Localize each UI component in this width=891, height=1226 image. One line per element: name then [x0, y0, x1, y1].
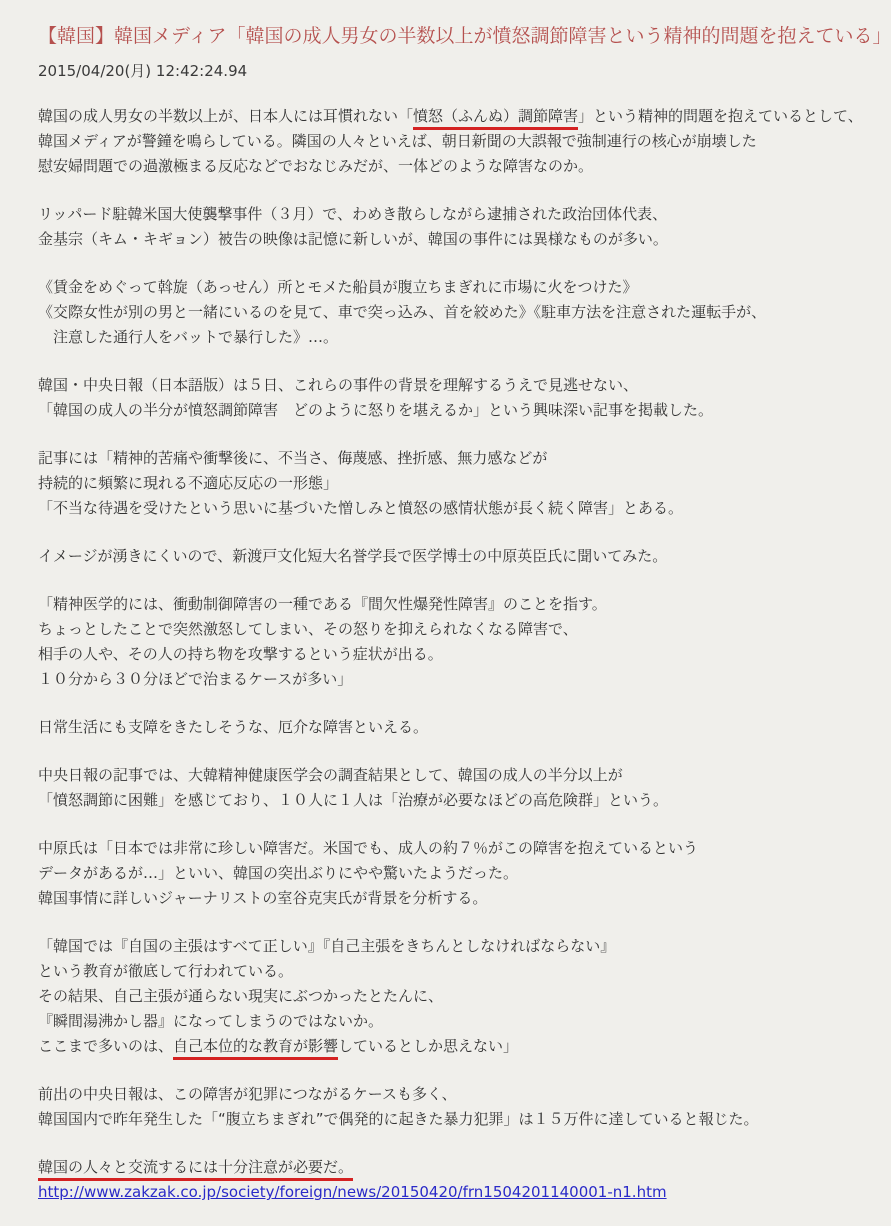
- paragraph: 日常生活にも支障をきたしそうな、厄介な障害といえる。: [38, 715, 873, 740]
- text-segment: 韓国国内で昨年発生した「“腹立ちまぎれ”で偶発的に起きた暴力犯罪」は１５万件に達…: [38, 1110, 759, 1128]
- text-segment: １０分から３０分ほどで治まるケースが多い」: [38, 670, 352, 688]
- text-line: 記事には「精神的苦痛や衝撃後に、不当さ、侮蔑感、挫折感、無力感などが: [38, 446, 873, 471]
- text-line: リッパード駐韓米国大使襲撃事件（３月）で、わめき散らしながら逮捕された政治団体代…: [38, 202, 873, 227]
- paragraph: イメージが湧きにくいので、新渡戸文化短大名誉学長で医学博士の中原英臣氏に聞いてみ…: [38, 544, 873, 569]
- text-line: 『瞬間湯沸かし器』になってしまうのではないか。: [38, 1009, 873, 1034]
- text-line: 中原氏は「日本では非常に珍しい障害だ。米国でも、成人の約７％がこの障害を抱えてい…: [38, 836, 873, 861]
- text-segment: 注意した通行人をバットで暴行した》…。: [38, 328, 338, 346]
- text-line: 注意した通行人をバットで暴行した》…。: [38, 325, 873, 350]
- text-segment: しているとしか思えない」: [338, 1037, 518, 1055]
- text-line: http://www.zakzak.co.jp/society/foreign/…: [38, 1180, 873, 1205]
- post-timestamp: 2015/04/20(月) 12:42:24.94: [38, 61, 873, 81]
- text-line: 韓国メディアが警鐘を鳴らしている。隣国の人々といえば、朝日新聞の大誤報で強制連行…: [38, 129, 873, 154]
- paragraph: 韓国の成人男女の半数以上が、日本人には耳慣れない「憤怒（ふんぬ）調節障害」という…: [38, 104, 873, 179]
- text-line: 韓国・中央日報（日本語版）は５日、これらの事件の背景を理解するうえで見逃せない、: [38, 373, 873, 398]
- text-segment: 《交際女性が別の男と一緒にいるのを見て、車で突っ込み、首を絞めた》《駐車方法を注…: [38, 303, 766, 321]
- text-line: ここまで多いのは、自己本位的な教育が影響しているとしか思えない」: [38, 1034, 873, 1059]
- text-segment: 『瞬間湯沸かし器』になってしまうのではないか。: [38, 1012, 383, 1030]
- red-underlined-text: 韓国の人々と交流するには十分注意が必要だ。: [38, 1158, 353, 1181]
- text-line: 中央日報の記事では、大韓精神健康医学会の調査結果として、韓国の成人の半分以上が: [38, 763, 873, 788]
- text-segment: 慰安婦問題での過激極まる反応などでおなじみだが、一体どのような障害なのか。: [38, 157, 593, 175]
- text-line: 持続的に頻繁に現れる不適応反応の一形態」: [38, 471, 873, 496]
- text-line: 韓国の成人男女の半数以上が、日本人には耳慣れない「憤怒（ふんぬ）調節障害」という…: [38, 104, 873, 129]
- paragraph: 韓国の人々と交流するには十分注意が必要だ。http://www.zakzak.c…: [38, 1155, 873, 1205]
- paragraph: 前出の中央日報は、この障害が犯罪につながるケースも多く、韓国国内で昨年発生した「…: [38, 1082, 873, 1132]
- text-segment: 中央日報の記事では、大韓精神健康医学会の調査結果として、韓国の成人の半分以上が: [38, 766, 623, 784]
- text-segment: 韓国事情に詳しいジャーナリストの室谷克実氏が背景を分析する。: [38, 889, 487, 907]
- text-segment: 持続的に頻繁に現れる不適応反応の一形態」: [38, 474, 338, 492]
- text-line: 「精神医学的には、衝動制御障害の一種である『間欠性爆発性障害』のことを指す。: [38, 592, 873, 617]
- text-line: 「憤怒調節に困難」を感じており、１０人に１人は「治療が必要なほどの高危険群」とい…: [38, 788, 873, 813]
- paragraph: 記事には「精神的苦痛や衝撃後に、不当さ、侮蔑感、挫折感、無力感などが持続的に頻繁…: [38, 446, 873, 521]
- article-source-link[interactable]: http://www.zakzak.co.jp/society/foreign/…: [38, 1183, 667, 1201]
- text-line: ちょっとしたことで突然激怒してしまい、その怒りを抑えられなくなる障害で、: [38, 617, 873, 642]
- text-line: 相手の人や、その人の持ち物を攻撃するという症状が出る。: [38, 642, 873, 667]
- text-line: 「韓国では『自国の主張はすべて正しい』『自己主張をきちんとしなければならない』: [38, 934, 873, 959]
- text-line: 「韓国の成人の半分が憤怒調節障害 どのように怒りを堪えるか」という興味深い記事を…: [38, 398, 873, 423]
- text-line: 金基宗（キム・キギョン）被告の映像は記憶に新しいが、韓国の事件には異様なものが多…: [38, 227, 873, 252]
- text-segment: ちょっとしたことで突然激怒してしまい、その怒りを抑えられなくなる障害で、: [38, 620, 578, 638]
- text-segment: リッパード駐韓米国大使襲撃事件（３月）で、わめき散らしながら逮捕された政治団体代…: [38, 205, 667, 223]
- paragraph: 「韓国では『自国の主張はすべて正しい』『自己主張をきちんとしなければならない』と…: [38, 934, 873, 1059]
- paragraph: リッパード駐韓米国大使襲撃事件（３月）で、わめき散らしながら逮捕された政治団体代…: [38, 202, 873, 252]
- text-line: 「不当な待遇を受けたという思いに基づいた憎しみと憤怒の感情状態が長く続く障害」と…: [38, 496, 873, 521]
- text-segment: ここまで多いのは、: [38, 1037, 173, 1055]
- text-segment: 中原氏は「日本では非常に珍しい障害だ。米国でも、成人の約７％がこの障害を抱えてい…: [38, 839, 698, 857]
- text-segment: 「韓国の成人の半分が憤怒調節障害 どのように怒りを堪えるか」という興味深い記事を…: [38, 401, 713, 419]
- text-segment: 韓国の成人男女の半数以上が、日本人には耳慣れない「: [38, 107, 413, 125]
- text-line: 前出の中央日報は、この障害が犯罪につながるケースも多く、: [38, 1082, 873, 1107]
- paragraph: 《賃金をめぐって斡旋（あっせん）所とモメた船員が腹立ちまぎれに市場に火をつけた》…: [38, 275, 873, 350]
- text-segment: 金基宗（キム・キギョン）被告の映像は記憶に新しいが、韓国の事件には異様なものが多…: [38, 230, 668, 248]
- text-line: １０分から３０分ほどで治まるケースが多い」: [38, 667, 873, 692]
- text-line: 日常生活にも支障をきたしそうな、厄介な障害といえる。: [38, 715, 873, 740]
- text-segment: 」という精神的問題を抱えているとして、: [578, 107, 863, 125]
- text-segment: 韓国メディアが警鐘を鳴らしている。隣国の人々といえば、朝日新聞の大誤報で強制連行…: [38, 132, 757, 150]
- text-segment: 韓国・中央日報（日本語版）は５日、これらの事件の背景を理解するうえで見逃せない、: [38, 376, 638, 394]
- text-segment: という教育が徹底して行われている。: [38, 962, 293, 980]
- red-underlined-text: 自己本位的な教育が影響: [173, 1037, 338, 1060]
- text-segment: その結果、自己主張が通らない現実にぶつかったとたんに、: [38, 987, 443, 1005]
- article-body: 韓国の成人男女の半数以上が、日本人には耳慣れない「憤怒（ふんぬ）調節障害」という…: [38, 104, 873, 1205]
- paragraph: 韓国・中央日報（日本語版）は５日、これらの事件の背景を理解するうえで見逃せない、…: [38, 373, 873, 423]
- text-line: 慰安婦問題での過激極まる反応などでおなじみだが、一体どのような障害なのか。: [38, 154, 873, 179]
- text-segment: 相手の人や、その人の持ち物を攻撃するという症状が出る。: [38, 645, 443, 663]
- text-segment: 記事には「精神的苦痛や衝撃後に、不当さ、侮蔑感、挫折感、無力感などが: [38, 449, 547, 467]
- text-line: 韓国の人々と交流するには十分注意が必要だ。: [38, 1155, 873, 1180]
- text-segment: 日常生活にも支障をきたしそうな、厄介な障害といえる。: [38, 718, 428, 736]
- text-segment: 《賃金をめぐって斡旋（あっせん）所とモメた船員が腹立ちまぎれに市場に火をつけた》: [38, 278, 638, 296]
- text-line: 《賃金をめぐって斡旋（あっせん）所とモメた船員が腹立ちまぎれに市場に火をつけた》: [38, 275, 873, 300]
- red-underlined-text: 憤怒（ふんぬ）調節障害: [413, 107, 578, 130]
- text-line: 《交際女性が別の男と一緒にいるのを見て、車で突っ込み、首を絞めた》《駐車方法を注…: [38, 300, 873, 325]
- text-segment: 「憤怒調節に困難」を感じており、１０人に１人は「治療が必要なほどの高危険群」とい…: [38, 791, 668, 809]
- article-page: 【韓国】韓国メディア「韓国の成人男女の半数以上が憤怒調節障害という精神的問題を抱…: [0, 0, 891, 1205]
- text-line: データがあるが…」といい、韓国の突出ぶりにやや驚いたようだった。: [38, 861, 873, 886]
- text-line: 韓国国内で昨年発生した「“腹立ちまぎれ”で偶発的に起きた暴力犯罪」は１５万件に達…: [38, 1107, 873, 1132]
- text-segment: 「不当な待遇を受けたという思いに基づいた憎しみと憤怒の感情状態が長く続く障害」と…: [38, 499, 683, 517]
- paragraph: 中央日報の記事では、大韓精神健康医学会の調査結果として、韓国の成人の半分以上が「…: [38, 763, 873, 813]
- text-segment: 「精神医学的には、衝動制御障害の一種である『間欠性爆発性障害』のことを指す。: [38, 595, 607, 613]
- paragraph: 「精神医学的には、衝動制御障害の一種である『間欠性爆発性障害』のことを指す。ちょ…: [38, 592, 873, 692]
- text-segment: 「韓国では『自国の主張はすべて正しい』『自己主張をきちんとしなければならない』: [38, 937, 615, 955]
- paragraph: 中原氏は「日本では非常に珍しい障害だ。米国でも、成人の約７％がこの障害を抱えてい…: [38, 836, 873, 911]
- text-line: 韓国事情に詳しいジャーナリストの室谷克実氏が背景を分析する。: [38, 886, 873, 911]
- text-line: イメージが湧きにくいので、新渡戸文化短大名誉学長で医学博士の中原英臣氏に聞いてみ…: [38, 544, 873, 569]
- page-title: 【韓国】韓国メディア「韓国の成人男女の半数以上が憤怒調節障害という精神的問題を抱…: [38, 24, 873, 48]
- text-segment: 前出の中央日報は、この障害が犯罪につながるケースも多く、: [38, 1085, 457, 1103]
- text-segment: イメージが湧きにくいので、新渡戸文化短大名誉学長で医学博士の中原英臣氏に聞いてみ…: [38, 547, 667, 565]
- text-line: という教育が徹底して行われている。: [38, 959, 873, 984]
- text-line: その結果、自己主張が通らない現実にぶつかったとたんに、: [38, 984, 873, 1009]
- text-segment: データがあるが…」といい、韓国の突出ぶりにやや驚いたようだった。: [38, 864, 518, 882]
